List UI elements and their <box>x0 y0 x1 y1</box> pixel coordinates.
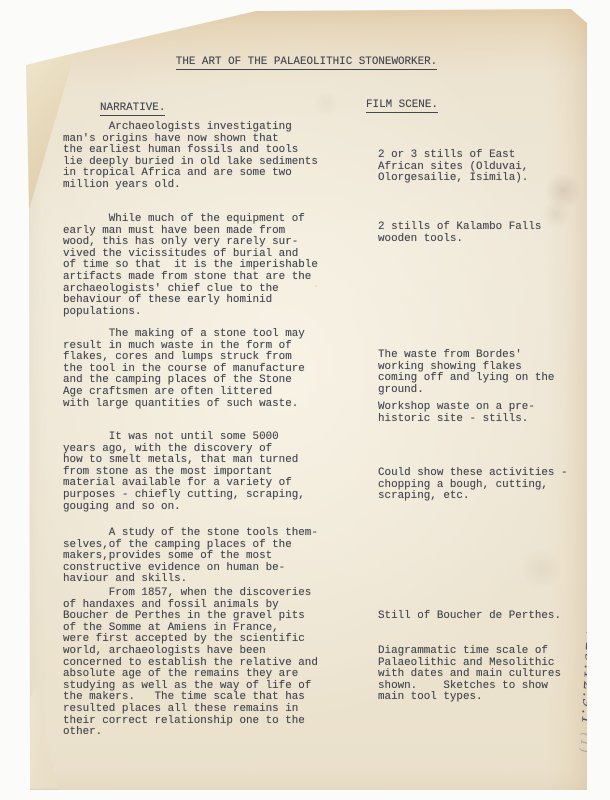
page-title: THE ART OF THE PALAEOLITHIC STONEWORKER. <box>26 57 587 69</box>
narrative-paragraph: Archaeologists investigating man's origi… <box>63 122 318 192</box>
film-scene-note: 2 or 3 stills of East African sites (Old… <box>378 150 528 185</box>
film-scene-column-header: FILM SCENE. <box>366 100 438 112</box>
narrative-paragraph: The making of a stone tool may result in… <box>63 329 305 410</box>
film-scene-note: Diagrammatic time scale of Palaeolithic … <box>378 646 561 704</box>
page-title-text: THE ART OF THE PALAEOLITHIC STONEWORKER. <box>176 56 437 70</box>
film-scene-note: 2 stills of Kalambo Falls wooden tools. <box>378 222 541 245</box>
film-scene-note: Workshop waste on a pre- historic site -… <box>378 402 535 425</box>
paper-ink-specks <box>53 47 55 49</box>
handwritten-reference-faint-suffix: (1) <box>577 732 592 755</box>
film-scene-note: Could show these activities - chopping a… <box>378 468 568 503</box>
film-scene-note: Still of Boucher de Perthes. <box>378 611 561 623</box>
scanned-document-page: THE ART OF THE PALAEOLITHIC STONEWORKER.… <box>0 0 610 800</box>
narrative-paragraph: While much of the equipment of early man… <box>63 214 318 318</box>
narrative-paragraph: From 1857, when the discoveries of handa… <box>63 588 318 739</box>
handwritten-archive-reference: Ce. 29.12.9.1 (1) <box>576 607 600 755</box>
narrative-paragraph: A study of the stone tools them- selves,… <box>63 528 318 586</box>
narrative-paragraph: It was not until some 5000 years ago, wi… <box>63 432 305 513</box>
film-scene-note: The waste from Bordes' working showing f… <box>378 350 554 396</box>
paper-sheet: THE ART OF THE PALAEOLITHIC STONEWORKER.… <box>26 9 587 790</box>
narrative-column-header: NARRATIVE. <box>100 103 165 115</box>
